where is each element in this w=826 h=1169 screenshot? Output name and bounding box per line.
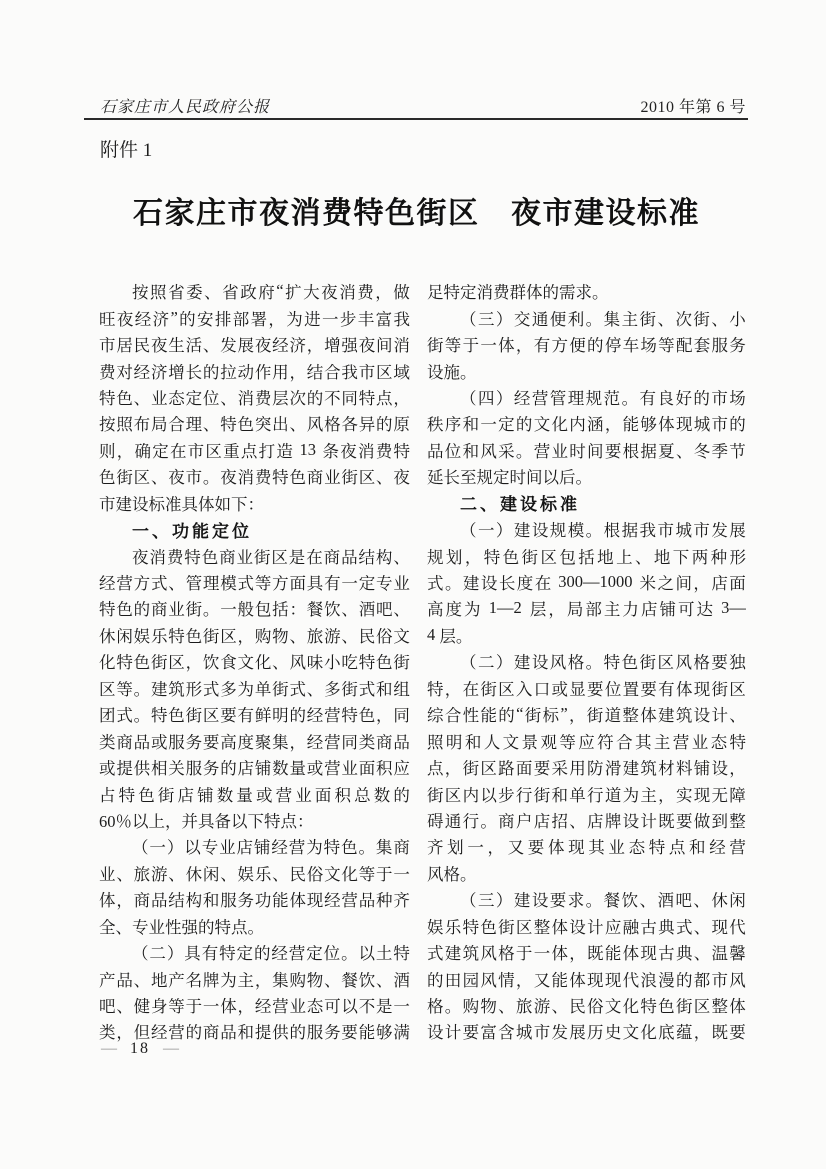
document-page: 石家庄市人民政府公报 2010 年第 6 号 附件 1 石家庄市夜消费特色街区 …	[0, 0, 826, 1169]
header-rule	[84, 118, 748, 120]
text-line: 综合性能的“街标”，街道整体建筑设计、	[427, 701, 746, 727]
text-line: 品位和风采。营业时间要根据夏、冬季节	[427, 437, 746, 463]
text-line: 休闲娱乐特色街区，购物、旅游、民俗文	[99, 622, 410, 648]
text-line: 体，商品结构和服务功能体现经营品种齐	[99, 886, 410, 912]
text-line: 娱乐特色街区整体设计应融古典式、现代	[427, 913, 746, 939]
text-line: 业、旅游、休闲、娱乐、民俗文化等于一	[99, 860, 410, 886]
text-line: 市建设标准具体如下：	[99, 490, 410, 516]
text-line: 60％以上，并具备以下特点：	[99, 807, 410, 833]
section-heading: 二、建设标准	[427, 490, 746, 516]
text-line: 占特色街店铺数量或营业面积总数的	[99, 780, 410, 806]
issue-number: 2010 年第 6 号	[640, 94, 746, 117]
text-line: 色街区、夜市。夜消费特色商业街区、夜	[99, 463, 410, 489]
text-line: 产品、地产名牌为主，集购物、餐饮、酒	[99, 965, 410, 991]
text-line: 足特定消费群体的需求。	[427, 278, 746, 304]
text-line: 费对经济增长的拉动作用，结合我市区域	[99, 357, 410, 383]
text-line: 的田园风情，又能体现现代浪漫的都市风	[427, 965, 746, 991]
text-line: 高度为 1—2 层，局部主力店铺可达 3—	[427, 595, 746, 621]
text-line: （四）经营管理规范。有良好的市场	[427, 384, 746, 410]
text-line: 经营方式、管理模式等方面具有一定专业	[99, 569, 410, 595]
text-line: 秩序和一定的文化内涵，能够体现城市的	[427, 410, 746, 436]
footer-dash-right: —	[163, 1040, 179, 1058]
text-line: 旺夜经济”的安排部署，为进一步丰富我	[99, 304, 410, 330]
text-line: 式建筑风格于一体，既能体现古典、温馨	[427, 939, 746, 965]
text-line: （三）建设要求。餐饮、酒吧、休闲	[427, 886, 746, 912]
text-line: 风格。	[427, 860, 746, 886]
text-line: 街等于一体，有方便的停车场等配套服务	[427, 331, 746, 357]
text-line: 则，确定在市区重点打造 13 条夜消费特	[99, 437, 410, 463]
column-right: 足特定消费群体的需求。（三）交通便利。集主街、次街、小街等于一体，有方便的停车场…	[427, 278, 746, 1045]
text-line: 碍通行。商户店招、店牌设计既要做到整	[427, 807, 746, 833]
text-line: 规划，特色街区包括地上、地下两种形	[427, 542, 746, 568]
text-line: 化特色街区，饮食文化、风味小吃特色街	[99, 648, 410, 674]
text-line: 设施。	[427, 357, 746, 383]
attachment-label: 附件 1	[100, 135, 152, 162]
text-line: 按照省委、省政府“扩大夜消费，做	[99, 278, 410, 304]
document-title: 石家庄市夜消费特色街区 夜市建设标准	[85, 188, 748, 232]
text-line: 格。购物、旅游、民俗文化特色街区整体	[427, 992, 746, 1018]
text-line: （二）具有特定的经营定位。以土特	[99, 939, 410, 965]
text-line: 吧、健身等于一体，经营业态可以不是一	[99, 992, 410, 1018]
footer-dash-left: —	[101, 1040, 117, 1058]
text-line: 照明和人文景观等应符合其主营业态特	[427, 727, 746, 753]
text-line: 特，在街区入口或显要位置要有体现街区	[427, 675, 746, 701]
text-line: 类商品或服务要高度聚集，经营同类商品	[99, 727, 410, 753]
text-line: 全、专业性强的特点。	[99, 913, 410, 939]
text-line: 特色的商业街。一般包括：餐饮、酒吧、	[99, 595, 410, 621]
text-line: （一）建设规模。根据我市城市发展	[427, 516, 746, 542]
text-line: 齐划一，又要体现其业态特点和经营	[427, 833, 746, 859]
text-line: 特色、业态定位、消费层次的不同特点，	[99, 384, 410, 410]
publication-name: 石家庄市人民政府公报	[100, 94, 270, 117]
section-heading: 一、功能定位	[99, 516, 410, 542]
text-line: 夜消费特色商业街区是在商品结构、	[99, 542, 410, 568]
text-line: 式。建设长度在 300—1000 米之间，店面	[427, 569, 746, 595]
page-footer: — 18 —	[101, 1040, 179, 1058]
text-line: （二）建设风格。特色街区风格要独	[427, 648, 746, 674]
text-line: 设计要富含城市发展历史文化底蕴，既要	[427, 1018, 746, 1044]
text-line: 街区内以步行街和单行道为主，实现无障	[427, 780, 746, 806]
text-line: 或提供相关服务的店铺数量或营业面积应	[99, 754, 410, 780]
text-line: （一）以专业店铺经营为特色。集商	[99, 833, 410, 859]
page-header: 石家庄市人民政府公报 2010 年第 6 号	[100, 94, 746, 117]
text-line: 团式。特色街区要有鲜明的经营特色，同	[99, 701, 410, 727]
text-line: 延长至规定时间以后。	[427, 463, 746, 489]
page-number: 18	[130, 1040, 150, 1058]
column-left: 按照省委、省政府“扩大夜消费，做旺夜经济”的安排部署，为进一步丰富我市居民夜生活…	[99, 278, 410, 1045]
text-line: 市居民夜生活、发展夜经济，增强夜间消	[99, 331, 410, 357]
text-line: 按照布局合理、特色突出、风格各异的原	[99, 410, 410, 436]
text-line: 区等。建筑形式多为单街式、多街式和组	[99, 675, 410, 701]
text-line: 点，街区路面要采用防滑建筑材料铺设，	[427, 754, 746, 780]
text-line: 4 层。	[427, 622, 746, 648]
text-line: （三）交通便利。集主街、次街、小	[427, 304, 746, 330]
